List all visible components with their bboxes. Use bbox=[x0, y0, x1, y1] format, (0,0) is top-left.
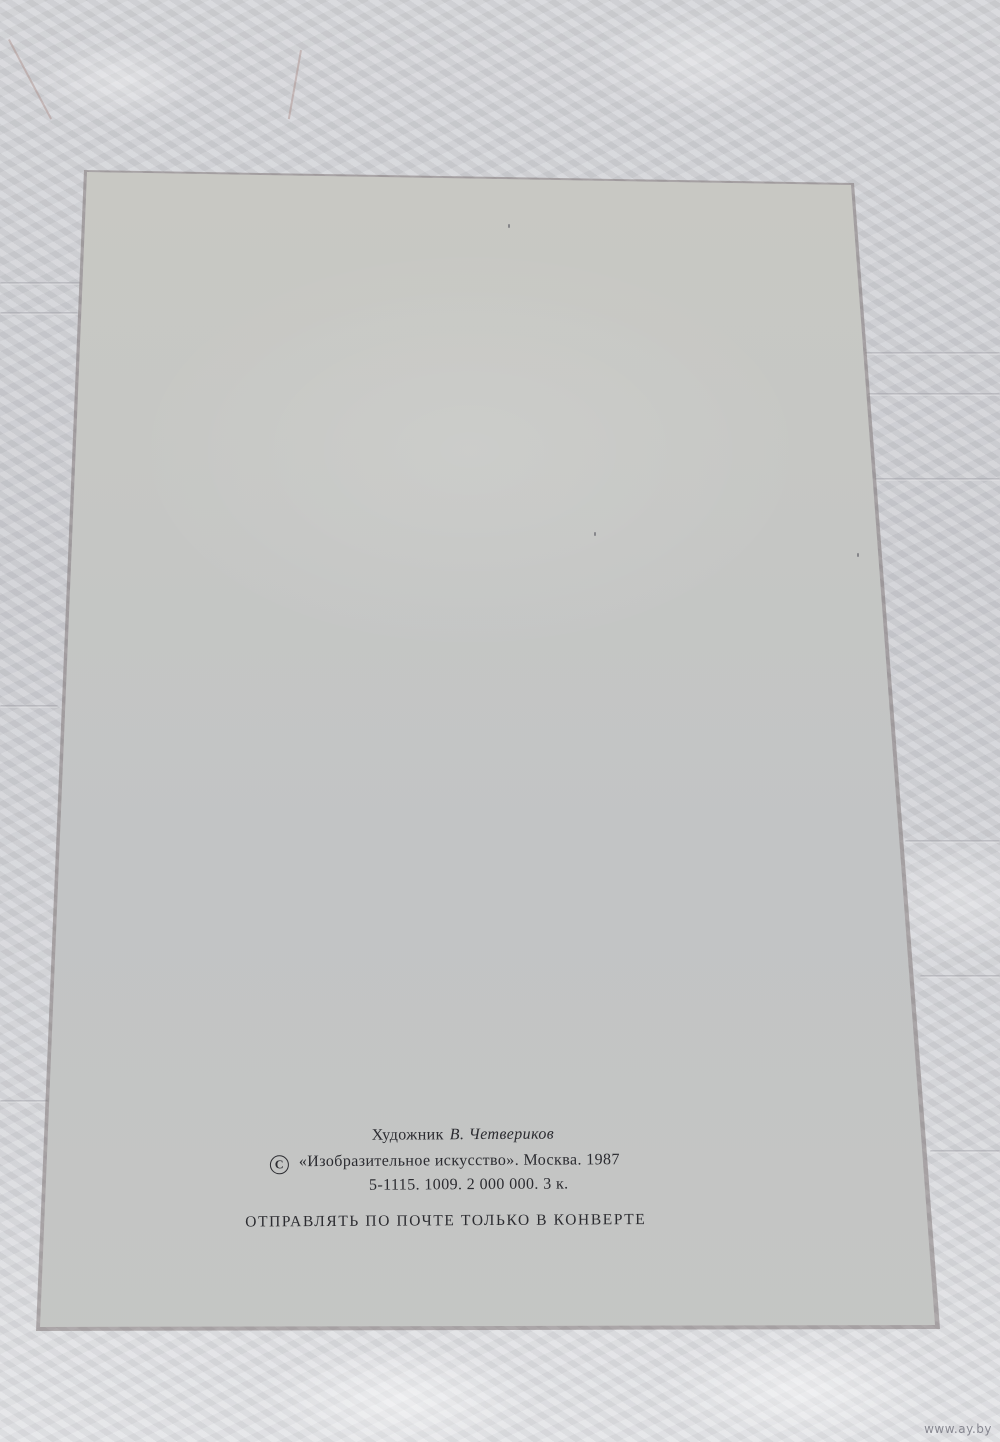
wall-crack bbox=[288, 50, 302, 119]
paper-speck bbox=[594, 532, 596, 536]
brick-seam bbox=[0, 312, 78, 315]
brick-seam bbox=[875, 478, 1000, 481]
artist-name: В. Четвериков bbox=[450, 1126, 554, 1144]
brick-seam bbox=[920, 975, 1000, 978]
artist-label: Художник bbox=[372, 1126, 444, 1143]
paper-speck bbox=[857, 553, 859, 557]
brick-seam bbox=[865, 352, 1000, 355]
mailing-notice: ОТПРАВЛЯТЬ ПО ПОЧТЕ ТОЛЬКО В КОНВЕРТЕ bbox=[245, 1211, 646, 1231]
artist-credit: ХудожникВ. Четвериков bbox=[372, 1126, 554, 1145]
brick-seam bbox=[0, 282, 80, 285]
copyright-icon: C bbox=[270, 1155, 289, 1174]
site-watermark: www.ay.by bbox=[924, 1422, 992, 1436]
brick-seam bbox=[905, 840, 1000, 843]
wall-crack bbox=[8, 39, 52, 119]
publisher-text: «Изобразительное искусство». Москва. 198… bbox=[299, 1151, 620, 1170]
brick-seam bbox=[0, 705, 58, 708]
paper-speck bbox=[508, 224, 510, 228]
brick-seam bbox=[868, 393, 1000, 396]
print-codes: 5-1115. 1009. 2 000 000. 3 к. bbox=[369, 1176, 569, 1195]
brick-seam bbox=[0, 1100, 48, 1103]
brick-seam bbox=[930, 1150, 1000, 1153]
publisher-line: C«Изобразительное искусство». Москва. 19… bbox=[270, 1151, 620, 1174]
